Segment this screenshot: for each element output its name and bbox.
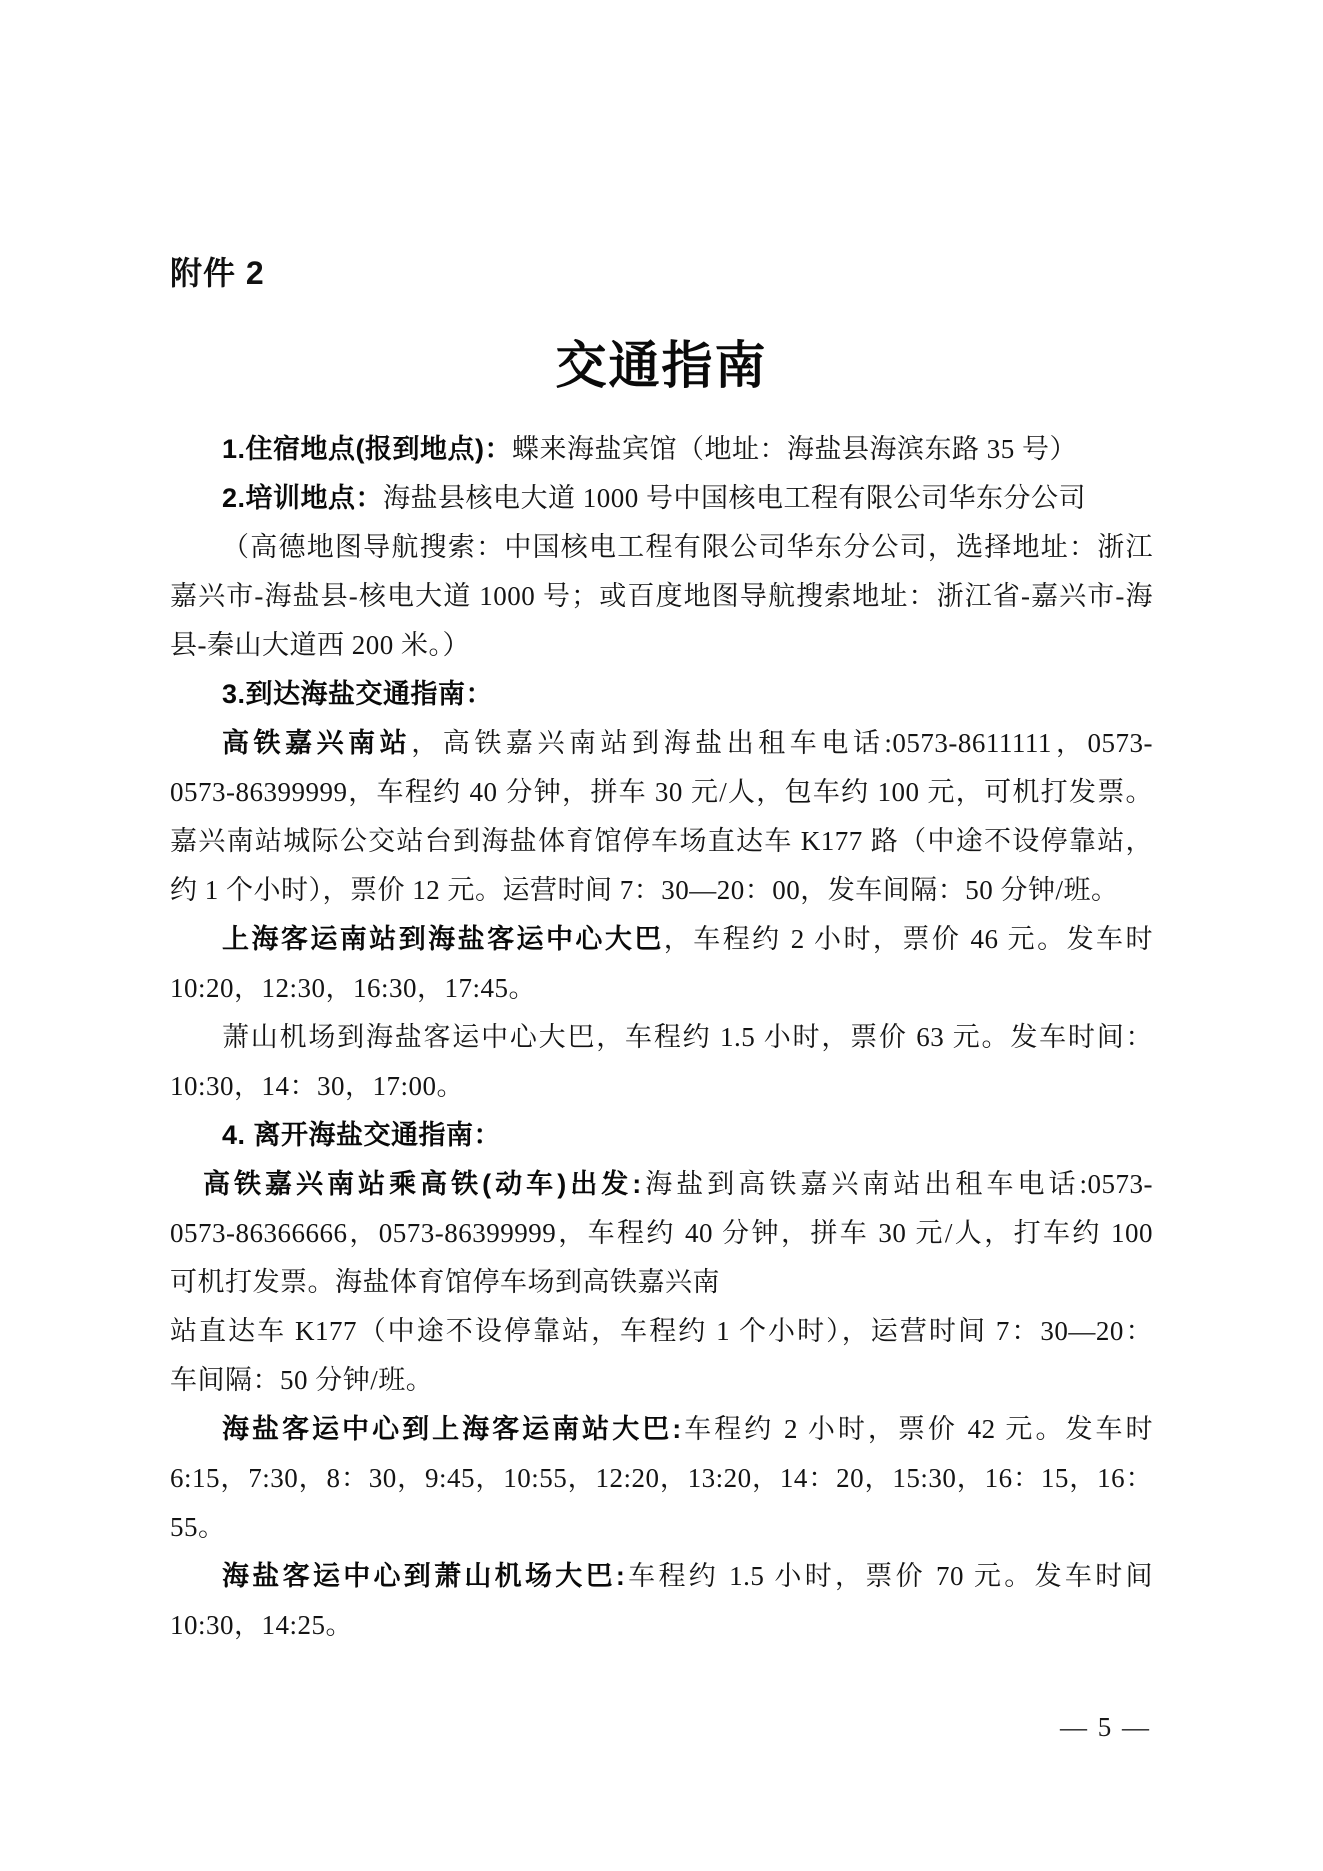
text-line: 4. 离开海盐交通指南： xyxy=(170,1111,1153,1160)
text-line: 高铁嘉兴南站乘高铁(动车)出发:海盐到高铁嘉兴南站出租车电话:0573-8611… xyxy=(170,1160,1153,1209)
text-run: 县-秦山大道西 200 米。） xyxy=(170,630,470,660)
text-line: （高德地图导航搜索：中国核电工程有限公司华东分公司，选择地址：浙江省- xyxy=(170,523,1153,572)
attachment-label: 附件 2 xyxy=(170,248,265,294)
text-run-bold: 海盐客运中心到上海客运南站大巴: xyxy=(222,1414,682,1444)
text-run: 55。 xyxy=(170,1512,226,1542)
page-title: 交通指南 xyxy=(0,324,1323,398)
text-run: 6:15，7:30，8：30，9:45，10:55，12:20，13:20，14… xyxy=(170,1463,1153,1493)
text-run: 10:20，12:30，16:30，17:45。 xyxy=(170,973,536,1003)
text-line: 县-秦山大道西 200 米。） xyxy=(170,621,1153,670)
text-line: 10:30，14:25。 xyxy=(170,1601,1153,1650)
text-run-bold: 4. 离开海盐交通指南： xyxy=(222,1120,501,1150)
text-line: 萧山机场到海盐客运中心大巴，车程约 1.5 小时，票价 63 元。发车时间：7：… xyxy=(170,1013,1153,1062)
text-run-bold: 高铁嘉兴南站乘高铁(动车)出发: xyxy=(203,1169,642,1199)
text-line: 1.住宿地点(报到地点)：蝶来海盐宾馆（地址：海盐县海滨东路 35 号） xyxy=(170,425,1153,474)
page-number: — 5 — xyxy=(1060,1712,1151,1743)
text-run: 10:30，14:25。 xyxy=(170,1610,353,1640)
text-run-bold: 1.住宿地点(报到地点)： xyxy=(222,434,512,464)
text-run-bold: 3.到达海盐交通指南： xyxy=(222,679,493,709)
text-line: 可机打发票。海盐体育馆停车场到高铁嘉兴南 xyxy=(170,1258,1153,1307)
text-run: 0573-86399999，车程约 40 分钟，拼车 30 元/人，包车约 10… xyxy=(170,777,1153,817)
text-run-bold: 海盐客运中心到萧山机场大巴: xyxy=(222,1561,625,1591)
text-run: 嘉兴南站城际公交站台到海盐体育馆停车场直达车 K177 路（中途不设停靠站，车程 xyxy=(170,826,1153,866)
text-run: 蝶来海盐宾馆（地址：海盐县海滨东路 35 号） xyxy=(512,434,1077,464)
document-body: 1.住宿地点(报到地点)：蝶来海盐宾馆（地址：海盐县海滨东路 35 号）2.培训… xyxy=(170,425,1153,1650)
text-run: 可机打发票。海盐体育馆停车场到高铁嘉兴南 xyxy=(170,1267,720,1297)
text-line: 约 1 个小时），票价 12 元。运营时间 7：30—20：00，发车间隔：50… xyxy=(170,866,1153,915)
text-line: 海盐客运中心到萧山机场大巴:车程约 1.5 小时，票价 70 元。发车时间为:7… xyxy=(170,1552,1153,1601)
text-line: 车间隔：50 分钟/班。 xyxy=(170,1356,1153,1405)
text-run: 10:30，14：30，17:00。 xyxy=(170,1071,464,1101)
text-line: 上海客运南站到海盐客运中心大巴，车程约 2 小时，票价 46 元。发车时间:8:… xyxy=(170,915,1153,964)
text-line: 10:30，14：30，17:00。 xyxy=(170,1062,1153,1111)
text-run: 约 1 个小时），票价 12 元。运营时间 7：30—20：00，发车间隔：50… xyxy=(170,875,1119,905)
text-line: 0573-86399999，车程约 40 分钟，拼车 30 元/人，包车约 10… xyxy=(170,768,1153,817)
text-run: 萧山机场到海盐客运中心大巴，车程约 1.5 小时，票价 63 元。发车时间：7：… xyxy=(222,1022,1153,1062)
text-line: 海盐客运中心到上海客运南站大巴:车程约 2 小时，票价 42 元。发车时间:5:… xyxy=(170,1405,1153,1454)
text-line: 6:15，7:30，8：30，9:45，10:55，12:20，13:20，14… xyxy=(170,1454,1153,1503)
text-line: 高铁嘉兴南站，高铁嘉兴南站到海盐出租车电话:0573-8611111，0573-… xyxy=(170,719,1153,768)
text-line: 55。 xyxy=(170,1503,1153,1552)
text-run: 嘉兴市-海盐县-核电大道 1000 号；或百度地图导航搜索地址：浙江省-嘉兴市-… xyxy=(170,581,1153,621)
text-line: 0573-86366666，0573-86399999，车程约 40 分钟，拼车… xyxy=(170,1209,1153,1258)
document-page: 附件 2 交通指南 1.住宿地点(报到地点)：蝶来海盐宾馆（地址：海盐县海滨东路… xyxy=(0,0,1323,1871)
text-run: 0573-86366666，0573-86399999，车程约 40 分钟，拼车… xyxy=(170,1218,1153,1258)
text-run: （高德地图导航搜索：中国核电工程有限公司华东分公司，选择地址：浙江省- xyxy=(222,532,1153,572)
text-line: 2.培训地点：海盐县核电大道 1000 号中国核电工程有限公司华东分公司 xyxy=(170,474,1153,523)
text-run-bold: 上海客运南站到海盐客运中心大巴 xyxy=(222,924,664,954)
text-line: 3.到达海盐交通指南： xyxy=(170,670,1153,719)
text-run-bold: 高铁嘉兴南站 xyxy=(222,728,411,758)
text-line: 站直达车 K177（中途不设停靠站，车程约 1 个小时），运营时间 7：30—2… xyxy=(170,1307,1153,1356)
text-line: 嘉兴市-海盐县-核电大道 1000 号；或百度地图导航搜索地址：浙江省-嘉兴市-… xyxy=(170,572,1153,621)
text-run: 站直达车 K177（中途不设停靠站，车程约 1 个小时），运营时间 7：30—2… xyxy=(170,1316,1153,1356)
text-line: 嘉兴南站城际公交站台到海盐体育馆停车场直达车 K177 路（中途不设停靠站，车程 xyxy=(170,817,1153,866)
text-run-bold: 2.培训地点： xyxy=(222,483,383,513)
text-run: 海盐县核电大道 1000 号中国核电工程有限公司华东分公司 xyxy=(383,483,1086,513)
text-run: 车间隔：50 分钟/班。 xyxy=(170,1365,433,1395)
text-line: 10:20，12:30，16:30，17:45。 xyxy=(170,964,1153,1013)
